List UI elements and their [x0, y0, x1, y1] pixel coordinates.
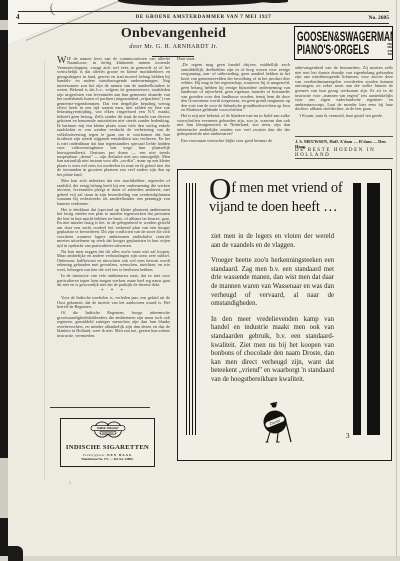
page-crease — [44, 60, 45, 480]
scan-right-edge — [396, 0, 397, 561]
piano-ad-row2: PIANO'S·ORGELS DEN HAAG NOORDEINDE STRAA… — [297, 43, 390, 56]
scan-edge-gap — [0, 20, 8, 30]
cigarette-ad-title: INDISCHE SIGARETTEN — [61, 444, 154, 451]
ad-paragraph: ziet men in de legers en vloten der were… — [211, 233, 334, 250]
article-column-2: Daar staat: „De regent mag geen handel d… — [177, 57, 290, 145]
droste-chocolate-ad: Of men met vriend of vijand te doen heef… — [177, 169, 392, 461]
stray-mark: 1 — [69, 480, 71, 485]
paragraph: Het is denkbaar dat (speciaal op kleine … — [57, 208, 170, 248]
piano-organ-ad: GOOSEN&SWAGERMAN PIANO'S·ORGELS DEN HAAG… — [294, 26, 393, 60]
paragraph: Nu kan men zeggen dat dit alles zoo'n va… — [57, 250, 170, 272]
paragraph: Men kan zich indenken dat een machthebbe… — [57, 179, 170, 206]
hat-ad-line2: DE BESTE HOEDEN IN HOLLAND — [295, 148, 393, 158]
piano-ad-address: DEN HAAG NOORDEINDE STRAAT 140 TELEF. 19… — [387, 43, 393, 55]
header-rule-bottom — [18, 23, 389, 24]
piano-ad-line2: PIANO'S·ORGELS — [297, 43, 369, 56]
droste-ad-headline: Of men met vriend of vijand te doen heef… — [209, 180, 344, 216]
scan-smudge — [262, 0, 288, 3]
cigarette-brand-emblem: ISMAIL DJELEBY AMBASSADE — [86, 421, 130, 438]
newspaper-page-scan: ( 1 4 DE GROENE AMSTERDAMMER VAN 7 MEI 1… — [0, 0, 400, 561]
paragraph: Voor de Indische troebelen is, verleden … — [57, 296, 170, 309]
droste-ad-body: ziet men in de legers en vloten der were… — [211, 233, 334, 392]
article-column-1: WIE de namen leest van de commissarissen… — [57, 57, 170, 340]
article-column-3: onbevangenheid van de bestuurders. Zij m… — [295, 66, 393, 121]
paragraph: Het is mij niet bekend, of de blanken-va… — [177, 114, 290, 136]
paragraph: onbevangenheid van de bestuurders. Zij m… — [295, 66, 393, 112]
paragraph: WIE de namen leest van de commissarissen… — [57, 57, 170, 177]
scan-bottom-edge — [0, 556, 400, 561]
decorative-bar — [353, 183, 361, 435]
paragraph: Of die Indische Regenten, hooge inheemsc… — [57, 311, 170, 338]
svg-text:AMBASSADE: AMBASSADE — [102, 432, 115, 435]
quoted-regulation: „De regent mag geen handel drijven, midd… — [177, 63, 290, 112]
svg-text:ISMAIL DJELEBY: ISMAIL DJELEBY — [97, 426, 119, 430]
hat-ad-rule-bottom — [295, 158, 393, 159]
byline-prefix: door — [129, 44, 142, 50]
scan-smudge — [118, 0, 270, 6]
headline-line2: vijand te doen heeft … — [209, 199, 344, 216]
article-byline: door Mr. G. H. ARNHARDT Jr. — [57, 44, 290, 50]
ad-paragraph: In den meer vredelievenden kamp van hand… — [211, 316, 334, 385]
droste-bonbon-man-illustration: Droste — [250, 398, 302, 446]
drop-cap: W — [57, 57, 67, 65]
issue-number: No. 2605 — [18, 15, 389, 21]
decorative-stripes — [186, 183, 197, 435]
paragraph: Een voornaam vereischte blijkt voor goed… — [177, 139, 290, 143]
header-rule-top — [18, 11, 389, 12]
cigarette-ad: ISMAIL DJELEBY AMBASSADE INDISCHE SIGARE… — [60, 418, 155, 467]
decorative-bar — [367, 183, 380, 435]
scan-edge-gap — [0, 458, 8, 518]
hat-ad-rule-top — [295, 136, 393, 137]
article-end-rule — [50, 407, 150, 408]
paragraph: 't Kwam, naar ik vermoed, haar gestel te… — [295, 114, 393, 119]
ad-series-number: 3 — [346, 432, 350, 440]
paragraph: In de instructie van vele ambtenaren sta… — [57, 274, 170, 287]
cigarette-ad-address: Elandstraat No. 171 — Tel. No. 34804. — [61, 457, 154, 461]
ad-paragraph: Vroeger heette zoo'n herkenningsteeken e… — [211, 257, 334, 309]
section-separator: * * * — [57, 290, 170, 294]
article-title: Onbevangenheid — [57, 26, 290, 42]
byline-name: Mr. G. H. ARNHARDT Jr. — [144, 44, 217, 50]
paragraph: Daar staat: — [177, 57, 290, 61]
scan-speck — [8, 546, 23, 561]
